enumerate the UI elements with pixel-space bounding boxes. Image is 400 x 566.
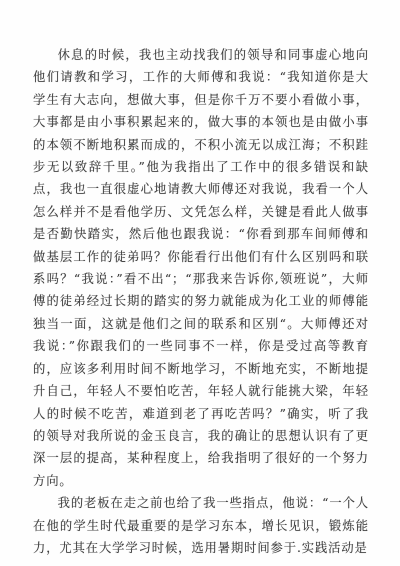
paragraph-1: 休息的时候，我也主动找我们的领导和同事虚心地向他们请教和学习，工作的大师傅和我说… bbox=[33, 44, 369, 492]
document-page: 休息的时候，我也主动找我们的领导和同事虚心地向他们请教和学习，工作的大师傅和我说… bbox=[0, 0, 400, 566]
paragraph-2: 我的老板在走之前也给了我一些指点，他说：“一个人在他的学生时代最重要的是学习东本… bbox=[33, 492, 369, 559]
text-block: 休息的时候，我也主动找我们的领导和同事虚心地向他们请教和学习，工作的大师傅和我说… bbox=[33, 44, 369, 559]
